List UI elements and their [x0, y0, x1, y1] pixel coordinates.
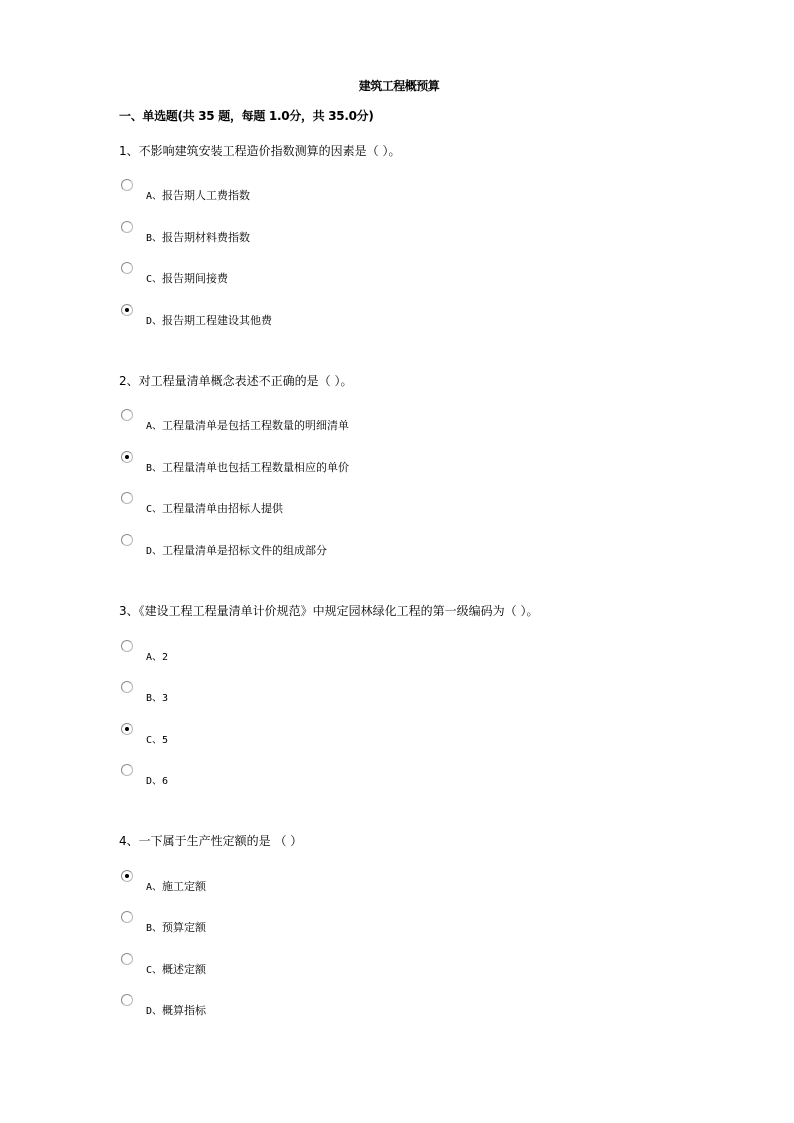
radio-button[interactable]: [121, 681, 133, 693]
radio-button[interactable]: [121, 409, 133, 421]
question-2-option-a[interactable]: A、工程量清单是包括工程数量的明细清单: [121, 409, 521, 435]
radio-button-checked[interactable]: [121, 870, 133, 882]
question-4-option-b[interactable]: B、预算定额: [121, 911, 521, 937]
radio-button-checked[interactable]: [121, 723, 133, 735]
question-4-option-d[interactable]: D、概算指标: [121, 994, 521, 1020]
question-4-option-c[interactable]: C、概述定额: [121, 953, 521, 979]
option-label: C、报告期间接费: [146, 270, 228, 286]
section-header: 一、单选题(共 35 题，每题 1.0分，共 35.0分): [119, 107, 374, 124]
radio-button[interactable]: [121, 640, 133, 652]
radio-button[interactable]: [121, 764, 133, 776]
radio-button-checked[interactable]: [121, 451, 133, 463]
question-1-option-c[interactable]: C、报告期间接费: [121, 262, 521, 288]
question-2-option-b[interactable]: B、工程量清单也包括工程数量相应的单价: [121, 451, 521, 477]
option-label: B、报告期材料费指数: [146, 229, 250, 245]
question-2-text: 2、对工程量清单概念表述不正确的是（ ）。: [119, 372, 352, 389]
page-title: 建筑工程概预算: [0, 77, 794, 94]
question-3-option-b[interactable]: B、3: [121, 681, 521, 707]
option-label: B、工程量清单也包括工程数量相应的单价: [146, 459, 349, 475]
question-1-option-a[interactable]: A、报告期人工费指数: [121, 179, 521, 205]
option-label: D、概算指标: [146, 1002, 206, 1018]
radio-button[interactable]: [121, 534, 133, 546]
question-3-text: 3、《建设工程工程量清单计价规范》中规定园林绿化工程的第一级编码为（ ）。: [119, 602, 538, 619]
radio-button[interactable]: [121, 221, 133, 233]
radio-button[interactable]: [121, 262, 133, 274]
radio-button[interactable]: [121, 179, 133, 191]
option-label: A、报告期人工费指数: [146, 187, 250, 203]
question-4-option-a[interactable]: A、施工定额: [121, 870, 521, 896]
option-label: A、工程量清单是包括工程数量的明细清单: [146, 417, 349, 433]
radio-button[interactable]: [121, 492, 133, 504]
radio-button[interactable]: [121, 911, 133, 923]
question-2-option-d[interactable]: D、工程量清单是招标文件的组成部分: [121, 534, 521, 560]
radio-button[interactable]: [121, 994, 133, 1006]
option-label: D、6: [146, 772, 168, 787]
option-label: C、5: [146, 731, 168, 746]
question-4-text: 4、一下属于生产性定额的是 （ ）: [119, 832, 302, 849]
option-label: D、报告期工程建设其他费: [146, 312, 272, 328]
question-3-option-a[interactable]: A、2: [121, 640, 521, 666]
radio-button-checked[interactable]: [121, 304, 133, 316]
question-1-option-d[interactable]: D、报告期工程建设其他费: [121, 304, 521, 330]
question-3-option-d[interactable]: D、6: [121, 764, 521, 790]
radio-button[interactable]: [121, 953, 133, 965]
option-label: A、施工定额: [146, 878, 206, 894]
option-label: B、3: [146, 689, 168, 704]
question-1-text: 1、不影响建筑安装工程造价指数测算的因素是（ ）。: [119, 142, 400, 159]
question-3-option-c[interactable]: C、5: [121, 723, 521, 749]
question-1-option-b[interactable]: B、报告期材料费指数: [121, 221, 521, 247]
option-label: B、预算定额: [146, 919, 206, 935]
option-label: D、工程量清单是招标文件的组成部分: [146, 542, 327, 558]
option-label: C、工程量清单由招标人提供: [146, 500, 283, 516]
option-label: A、2: [146, 648, 168, 663]
question-2-option-c[interactable]: C、工程量清单由招标人提供: [121, 492, 521, 518]
option-label: C、概述定额: [146, 961, 206, 977]
